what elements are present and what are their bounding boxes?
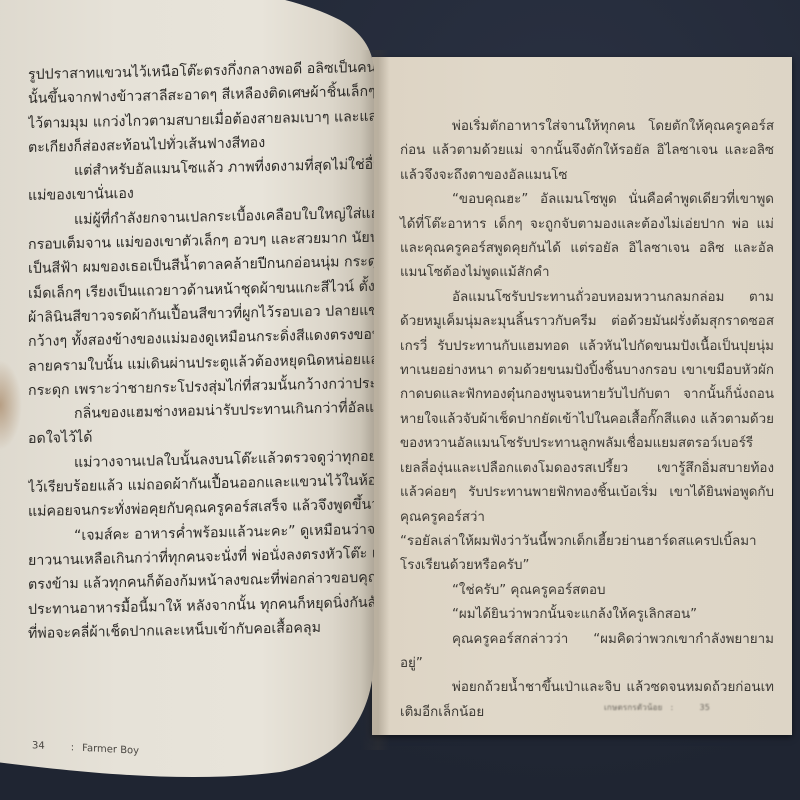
- left-page: รูปปราสาทแขวนไว้เหนือโต๊ะตรงกึ่งกลางพอดี…: [0, 0, 380, 780]
- footer-separator: :: [671, 703, 674, 712]
- paragraph: “ผมได้ยินว่าพวกนั้นจะแกล้งให้ครูเลิกสอน”: [400, 603, 774, 627]
- footer-separator: :: [71, 742, 74, 753]
- left-page-body: รูปปราสาทแขวนไว้เหนือโต๊ะตรงกึ่งกลางพอดี…: [28, 56, 380, 646]
- right-page-body: พ่อเริ่มตักอาหารใส่จานให้ทุกคน โดยตักให้…: [400, 115, 774, 725]
- left-page-footer: 34:Farmer Boy: [32, 740, 139, 757]
- running-title: Farmer Boy: [82, 743, 139, 757]
- page-number: 34: [32, 740, 45, 752]
- paragraph: พ่อยกถ้วยน้ำชาขึ้นเป่าและจิบ แล้วซดจนหมด…: [400, 676, 774, 725]
- paragraph: “ขอบคุณฮะ” อัลแมนโซพูด นั่นคือคำพูดเดียว…: [400, 188, 774, 286]
- right-page-footer: เกษตรกรตัวน้อย:35: [604, 701, 710, 714]
- paragraph: “ใช่ครับ” คุณครูคอร์สตอบ: [400, 579, 774, 603]
- paragraph: อัลแมนโซรับประทานถั่วอบหอมหวานกลมกล่อม ต…: [400, 286, 774, 530]
- paragraph: พ่อเริ่มตักอาหารใส่จานให้ทุกคน โดยตักให้…: [400, 115, 774, 188]
- running-title: เกษตรกรตัวน้อย: [604, 703, 663, 712]
- paragraph: คุณครูคอร์สกล่าวว่า “ผมคิดว่าพวกเขากำลัง…: [400, 628, 774, 677]
- paragraph: “รอยัลเล่าให้ผมฟังว่าวันนี้พวกเด็กเฮี้ยว…: [400, 530, 774, 579]
- right-page: พ่อเริ่มตักอาหารใส่จานให้ทุกคน โดยตักให้…: [372, 57, 792, 735]
- page-number: 35: [699, 703, 710, 712]
